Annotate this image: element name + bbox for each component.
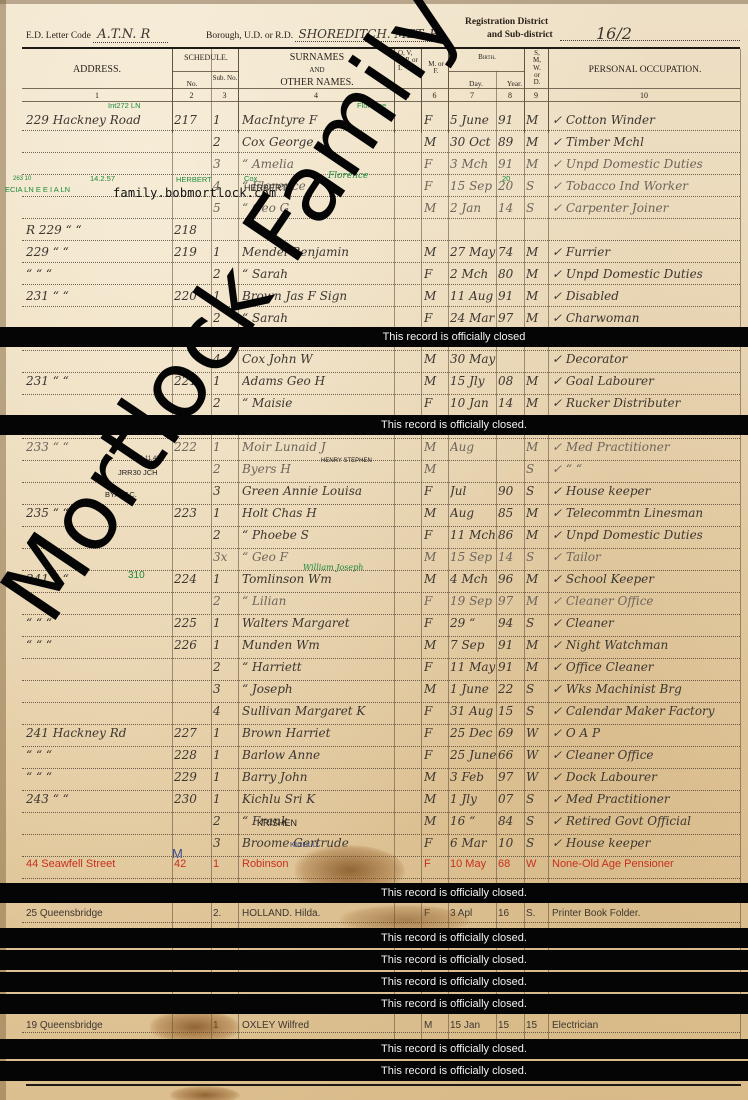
cell-year: 94 xyxy=(498,616,524,630)
cell-name: Green Annie Louisa xyxy=(242,484,394,498)
cell-sub: 1 xyxy=(213,245,238,259)
table-row: 241 “ “2241Tomlinson WmM4 Mch96M✓ School… xyxy=(0,569,748,591)
closed-record-bar: This record is officially closed. xyxy=(0,994,748,1014)
cell-address: R 229 “ “ xyxy=(22,223,176,237)
table-row: 235 “ “2231Holt Chas HMAug85M✓ Telecommt… xyxy=(0,503,748,525)
cell-name: Brown Jas F Sign xyxy=(242,289,394,303)
closed-record-bar: This record is officially closed. xyxy=(0,950,748,970)
cell-sex: M xyxy=(424,201,448,215)
cell-year: 85 xyxy=(498,506,524,520)
cell-sub: 2 xyxy=(213,396,238,410)
cell-sex: F xyxy=(424,660,448,674)
cell-day: 3 Mch xyxy=(450,157,496,171)
cell-occupation: ✓ Timber Mchl xyxy=(552,135,740,149)
cell-occupation: ✓ Goal Labourer xyxy=(552,374,740,388)
cell-address: 25 Queensbridge xyxy=(22,908,176,919)
cell-occupation: ✓ Unpd Domestic Duties xyxy=(552,157,740,171)
table-row: 233 “ “2221Moir Lunaid JMAugM✓ Med Pract… xyxy=(0,437,748,459)
cell-year: 80 xyxy=(498,267,524,281)
table-row: 2“ LilianF19 Sep97M✓ Cleaner Office xyxy=(0,591,748,613)
table-row: 4Cox John WM30 May✓ Decorator xyxy=(0,349,748,371)
cell-name: Cox John W xyxy=(242,352,394,366)
cell-name: “ Lilian xyxy=(242,594,394,608)
cell-schedule: 218 xyxy=(174,223,211,237)
cell-year: 91 xyxy=(498,289,524,303)
cell-address: “ “ “ xyxy=(22,638,176,652)
annotation: M xyxy=(172,846,183,861)
cell-occupation: ✓ House keeper xyxy=(552,836,740,850)
table-row: “ “ “2281Barlow AnneF25 June66W✓ Cleaner… xyxy=(0,745,748,767)
annotation: Florence xyxy=(328,171,368,181)
cell-sex: M xyxy=(424,440,448,454)
cell-name: Barlow Anne xyxy=(242,748,394,762)
registration-district-field: 16/2 xyxy=(560,24,740,41)
cell-year: 97 xyxy=(498,311,524,325)
table-row: 229 Hackney Road2171MacIntyre FF5 June91… xyxy=(0,110,748,132)
cell-occupation: ✓ House keeper xyxy=(552,484,740,498)
annotation: BYA. T.C. xyxy=(105,490,137,499)
table-row: 241 Hackney Rd2271Brown HarrietF25 Dec69… xyxy=(0,723,748,745)
closed-record-text: This record is officially closed xyxy=(383,331,526,343)
cell-sex: M xyxy=(424,462,448,476)
cell-name: Byers H xyxy=(242,462,394,476)
cell-year: 68 xyxy=(498,858,524,870)
url-watermark: family.bobmortlock.com xyxy=(113,186,276,200)
cell-day: Aug xyxy=(450,506,496,520)
cell-occupation: Printer Book Folder. xyxy=(552,908,740,919)
cell-name: “ Maisie xyxy=(242,396,394,410)
cell-sub: 1 xyxy=(213,572,238,586)
cell-marital: M xyxy=(526,311,548,325)
cell-schedule: 228 xyxy=(174,748,211,762)
column-birth-label: Birth. xyxy=(449,54,525,61)
cell-sex: F xyxy=(424,858,448,870)
cell-sex: M xyxy=(424,135,448,149)
cell-occupation: ✓ Cotton Winder xyxy=(552,113,740,127)
cell-address: 233 “ “ xyxy=(22,440,176,454)
cell-address: 235 “ “ xyxy=(22,506,176,520)
cell-occupation: ✓ “ “ xyxy=(552,462,740,476)
cell-schedule: 222 xyxy=(174,440,211,454)
cell-marital: S xyxy=(526,814,548,828)
table-row: R 229 “ “218 xyxy=(0,220,748,242)
column-number: 3 xyxy=(211,91,238,100)
table-row: 243 “ “2301Kichlu Sri KM1 Jly07S✓ Med Pr… xyxy=(0,789,748,811)
cell-name: Tomlinson Wm xyxy=(242,572,394,586)
column-sex-label: M. or F. xyxy=(428,61,444,76)
annotation: William Joseph xyxy=(303,563,363,572)
cell-schedule: 217 xyxy=(174,113,211,127)
cell-name: “ Joseph xyxy=(242,682,394,696)
closed-record-text: This record is officially closed. xyxy=(381,954,527,966)
cell-occupation: ✓ School Keeper xyxy=(552,572,740,586)
cell-sex: M xyxy=(424,374,448,388)
cell-sex: F xyxy=(424,726,448,740)
annotation: JRR30 JCH xyxy=(118,468,158,477)
cell-schedule: 225 xyxy=(174,616,211,630)
table-row: 2Byers HMS✓ “ “ xyxy=(0,459,748,481)
paper-stain xyxy=(170,1086,240,1100)
cell-marital: M xyxy=(526,113,548,127)
cell-marital: M xyxy=(526,440,548,454)
cell-occupation: ✓ Med Practitioner xyxy=(552,440,740,454)
cell-marital: M xyxy=(526,135,548,149)
cell-marital: M xyxy=(526,374,548,388)
cell-day: 27 May xyxy=(450,245,496,259)
cell-day: 2 Mch xyxy=(450,267,496,281)
closed-record-bar: This record is officially closed. xyxy=(0,1039,748,1059)
cell-day: 15 Jly xyxy=(450,374,496,388)
table-row: 229 “ “2191Mendel BenjaminM27 May74M✓ Fu… xyxy=(0,242,748,264)
cell-sex: F xyxy=(424,528,448,542)
column-number: 1 xyxy=(22,91,172,100)
table-row: 2“ HarriettF11 May91M✓ Office Cleaner xyxy=(0,657,748,679)
cell-occupation: ✓ Telecommtn Linesman xyxy=(552,506,740,520)
table-row: 231 “ “2201Brown Jas F SignM11 Aug91M✓ D… xyxy=(0,286,748,308)
cell-year: 15 xyxy=(498,704,524,718)
cell-year: 91 xyxy=(498,638,524,652)
cell-sub: 2 xyxy=(213,594,238,608)
cell-sex: F xyxy=(424,748,448,762)
column-marital-label: S, M, W. or D. xyxy=(531,50,543,87)
column-ovspi-label: O, V, S, P. or I. xyxy=(398,50,418,72)
cell-sub: 5 xyxy=(213,201,238,215)
cell-day: Aug xyxy=(450,440,496,454)
table-row: 4Sullivan Margaret KF31 Aug15S✓ Calendar… xyxy=(0,701,748,723)
cell-marital: W xyxy=(526,726,548,740)
cell-day: 16 “ xyxy=(450,814,496,828)
cell-day: Jul xyxy=(450,484,496,498)
closed-record-text: This record is officially closed. xyxy=(381,887,527,899)
cell-year: 14 xyxy=(498,396,524,410)
cell-sex: M xyxy=(424,245,448,259)
cell-marital: S xyxy=(526,682,548,696)
cell-sex: F xyxy=(424,396,448,410)
cell-marital: M xyxy=(526,289,548,303)
registration-district-label: Registration District xyxy=(465,17,548,27)
cell-occupation: ✓ Tailor xyxy=(552,550,740,564)
annotation: 310 xyxy=(128,570,145,581)
closed-record-text: This record is officially closed. xyxy=(381,1065,527,1077)
cell-sex: M xyxy=(424,638,448,652)
cell-sub: 4 xyxy=(213,352,238,366)
cell-schedule: 221 xyxy=(174,374,211,388)
cell-marital: S xyxy=(526,550,548,564)
cell-marital: S xyxy=(526,616,548,630)
cell-marital: W xyxy=(526,770,548,784)
cell-occupation: Electrician xyxy=(552,1020,740,1031)
cell-year: 86 xyxy=(498,528,524,542)
column-number-rule xyxy=(22,88,740,89)
cell-sub: 2 xyxy=(213,528,238,542)
cell-name: “ Sarah xyxy=(242,267,394,281)
cell-name: “ Geo F xyxy=(242,550,394,564)
annotation: KICHLU xyxy=(290,840,318,849)
cell-year: 07 xyxy=(498,792,524,806)
paper-edge xyxy=(0,0,748,4)
cell-day: 15 Sep xyxy=(450,179,496,193)
cell-marital: 15 xyxy=(526,1020,548,1031)
cell-name: Brown Harriet xyxy=(242,726,394,740)
cell-name: MacIntyre F xyxy=(242,113,394,127)
cell-sex: M xyxy=(424,792,448,806)
cell-name: “ Sarah xyxy=(242,311,394,325)
cell-day: 11 Mch xyxy=(450,528,496,542)
cell-occupation: ✓ Rucker Distributer xyxy=(552,396,740,410)
cell-sub: 3 xyxy=(213,484,238,498)
closed-record-bar: This record is officially closed xyxy=(0,327,748,347)
column-number: 7 xyxy=(448,91,496,100)
cell-name: Walters Margaret xyxy=(242,616,394,630)
cell-sub: 2 xyxy=(213,660,238,674)
cell-year: 89 xyxy=(498,135,524,149)
cell-schedule: 223 xyxy=(174,506,211,520)
cell-day: 25 Dec xyxy=(450,726,496,740)
closed-record-bar: This record is officially closed. xyxy=(0,1061,748,1081)
cell-occupation: ✓ Cleaner xyxy=(552,616,740,630)
sub-district-label: and Sub-district xyxy=(487,30,553,40)
table-row: 3“ AmeliaF3 Mch91M✓ Unpd Domestic Duties xyxy=(0,154,748,176)
annotation: HERBERT xyxy=(176,175,212,184)
cell-day: 25 June xyxy=(450,748,496,762)
cell-occupation: ✓ Wks Machinist Brg xyxy=(552,682,740,696)
cell-schedule: 227 xyxy=(174,726,211,740)
cell-occupation: ✓ Unpd Domestic Duties xyxy=(552,267,740,281)
table-row: “ “ “2291Barry JohnM3 Feb97W✓ Dock Labou… xyxy=(0,767,748,789)
cell-name: Holt Chas H xyxy=(242,506,394,520)
ed-letter-code: E.D. Letter Code A.T.N. R xyxy=(26,27,168,42)
cell-occupation: ✓ Furrier xyxy=(552,245,740,259)
column-address-label: ADDRESS. xyxy=(22,65,172,76)
cell-name: Kichlu Sri K xyxy=(242,792,394,806)
table-row: 231 “ “2211Adams Geo HM15 Jly08M✓ Goal L… xyxy=(0,371,748,393)
annotation: 1.11.46. xyxy=(140,456,161,462)
cell-day: 30 Oct xyxy=(450,135,496,149)
cell-address: 44 Seawfell Street xyxy=(22,858,176,870)
cell-marital: M xyxy=(526,245,548,259)
annotation: ECIA LN E E I A LN xyxy=(5,185,70,194)
cell-name: Barry John xyxy=(242,770,394,784)
cell-day: 30 May xyxy=(450,352,496,366)
closed-record-bar: This record is officially closed. xyxy=(0,883,748,903)
column-number: 6 xyxy=(421,91,448,100)
cell-name: “ Harriett xyxy=(242,660,394,674)
table-row: 2“ FrankM16 “84S✓ Retired Govt Official xyxy=(0,811,748,833)
cell-sub: 1 xyxy=(213,616,238,630)
cell-day: 10 May xyxy=(450,858,496,870)
cell-marital: M xyxy=(526,660,548,674)
column-occupation-label: PERSONAL OCCUPATION. xyxy=(549,66,741,76)
cell-sub: 1 xyxy=(213,748,238,762)
column-sub-no-label: Sub. No. xyxy=(212,75,238,82)
cell-name: Adams Geo H xyxy=(242,374,394,388)
column-number: 4 xyxy=(238,91,394,100)
cell-day: 5 June xyxy=(450,113,496,127)
table-row: “ “ “2261Munden WmM7 Sep91M✓ Night Watch… xyxy=(0,635,748,657)
cell-schedule: 220 xyxy=(174,289,211,303)
cell-year: 91 xyxy=(498,660,524,674)
table-row: 5“ Geo GM2 Jan14S✓ Carpenter Joiner xyxy=(0,198,748,220)
cell-schedule: 224 xyxy=(174,572,211,586)
cell-sub: 3x xyxy=(213,550,238,564)
cell-name: Sullivan Margaret K xyxy=(242,704,394,718)
cell-day: 2 Jan xyxy=(450,201,496,215)
cell-sub: 1 xyxy=(213,792,238,806)
closed-record-bar: This record is officially closed. xyxy=(0,928,748,948)
column-day-label: Day. xyxy=(449,80,503,88)
cell-occupation: ✓ Retired Govt Official xyxy=(552,814,740,828)
cell-year: 69 xyxy=(498,726,524,740)
column-schedule-label: SCHEDULE. xyxy=(173,54,239,62)
cell-occupation: None-Old Age Pensioner xyxy=(552,858,740,870)
cell-year: 16 xyxy=(498,908,524,919)
cell-address: 243 “ “ xyxy=(22,792,176,806)
cell-marital: M xyxy=(526,594,548,608)
cell-day: 11 May xyxy=(450,660,496,674)
cell-marital: S xyxy=(526,484,548,498)
cell-sub: 1 xyxy=(213,113,238,127)
ed-letter-code-value: A.T.N. R xyxy=(93,27,168,43)
cell-marital: S. xyxy=(526,908,548,919)
cell-sub: 1 xyxy=(213,770,238,784)
cell-occupation: ✓ Tobacco Ind Worker xyxy=(552,179,740,193)
closed-record-text: This record is officially closed. xyxy=(381,932,527,944)
cell-occupation: ✓ Disabled xyxy=(552,289,740,303)
cell-schedule: 229 xyxy=(174,770,211,784)
cell-marital: M xyxy=(526,157,548,171)
cell-sub: 3 xyxy=(213,836,238,850)
cell-year: 15 xyxy=(498,1020,524,1031)
cell-year: 91 xyxy=(498,157,524,171)
borough: Borough, U.D. or R.D. SHOREDITCH. MET. B xyxy=(206,27,444,41)
cell-sex: F xyxy=(424,484,448,498)
cell-day: 15 Sep xyxy=(450,550,496,564)
closed-record-bar: This record is officially closed. xyxy=(0,415,748,435)
closed-record-text: This record is officially closed. xyxy=(381,1043,527,1055)
cell-sex: F xyxy=(424,594,448,608)
cell-sex: M xyxy=(424,814,448,828)
cell-day: 11 Aug xyxy=(450,289,496,303)
cell-marital: S xyxy=(526,836,548,850)
cell-sub: 3 xyxy=(213,157,238,171)
cell-year: 84 xyxy=(498,814,524,828)
cell-marital: W xyxy=(526,748,548,762)
cell-occupation: ✓ Med Practitioner xyxy=(552,792,740,806)
column-schedule-no-label: No. xyxy=(173,80,211,88)
cell-name: “ Amelia xyxy=(242,157,394,171)
cell-year: 74 xyxy=(498,245,524,259)
cell-sub: 1 xyxy=(213,506,238,520)
cell-address: 229 Hackney Road xyxy=(22,113,176,127)
cell-occupation: ✓ Decorator xyxy=(552,352,740,366)
cell-sex: M xyxy=(424,770,448,784)
annotation: Int272 LN xyxy=(108,101,141,110)
closed-record-text: This record is officially closed. xyxy=(381,976,527,988)
cell-year: 97 xyxy=(498,594,524,608)
cell-schedule: 226 xyxy=(174,638,211,652)
footer-rule xyxy=(26,1084,741,1086)
cell-occupation: ✓ Night Watchman xyxy=(552,638,740,652)
cell-address: “ “ “ xyxy=(22,770,176,784)
column-year-label: Year. xyxy=(504,80,525,88)
cell-sex: F xyxy=(424,179,448,193)
cell-sex: F xyxy=(424,157,448,171)
cell-day: 3 Feb xyxy=(450,770,496,784)
cell-year: 91 xyxy=(498,113,524,127)
cell-sub: 2 xyxy=(213,814,238,828)
cell-address: 231 “ “ xyxy=(22,374,176,388)
cell-year: 90 xyxy=(498,484,524,498)
cell-sub: 2 xyxy=(213,311,238,325)
cell-sex: M xyxy=(424,572,448,586)
cell-occupation: ✓ Carpenter Joiner xyxy=(552,201,740,215)
cell-day: 10 Jan xyxy=(450,396,496,410)
cell-sub: 1 xyxy=(213,638,238,652)
cell-name: OXLEY Wilfred xyxy=(242,1020,394,1031)
closed-record-text: This record is officially closed. xyxy=(381,998,527,1010)
table-row: 3x“ Geo FM15 Sep14S✓ Tailor xyxy=(0,547,748,569)
cell-sub: 2 xyxy=(213,267,238,281)
annotation: 20 xyxy=(502,174,510,183)
annotation: 14.2.57 xyxy=(90,174,115,183)
annotation: HENRY STEPHEN xyxy=(321,458,372,464)
cell-day: 19 Sep xyxy=(450,594,496,608)
cell-marital: S xyxy=(526,704,548,718)
cell-address: 231 “ “ xyxy=(22,289,176,303)
annotation: Florence xyxy=(357,101,386,110)
cell-address: “ “ “ xyxy=(22,748,176,762)
table-row: 19 Queensbridge1OXLEY WilfredM15 Jan1515… xyxy=(0,1017,748,1039)
column-names-label-1: SURNAMES xyxy=(239,53,395,64)
cell-sub: 1 xyxy=(213,374,238,388)
cell-occupation: ✓ Dock Labourer xyxy=(552,770,740,784)
cell-occupation: ✓ Calendar Maker Factory xyxy=(552,704,740,718)
cell-occupation: ✓ Office Cleaner xyxy=(552,660,740,674)
cell-name: Cox George xyxy=(242,135,394,149)
cell-address: 229 “ “ xyxy=(22,245,176,259)
cell-sub: 2 xyxy=(213,135,238,149)
annotation: 263 10 xyxy=(13,176,31,182)
cell-occupation: ✓ O A P xyxy=(552,726,740,740)
cell-marital: S xyxy=(526,201,548,215)
cell-marital: W xyxy=(526,858,548,870)
cell-address: “ “ “ xyxy=(22,616,176,630)
cell-name: “ Geo G xyxy=(242,201,394,215)
ed-letter-code-label: E.D. Letter Code xyxy=(26,31,91,41)
cell-occupation: ✓ Charwoman xyxy=(552,311,740,325)
cell-day: 1 June xyxy=(450,682,496,696)
cell-day: 29 “ xyxy=(450,616,496,630)
cell-sex: F xyxy=(424,311,448,325)
column-number: 5 xyxy=(394,91,421,100)
cell-year: 96 xyxy=(498,572,524,586)
cell-marital: M xyxy=(526,396,548,410)
column-number: 10 xyxy=(548,91,740,100)
cell-year: 10 xyxy=(498,836,524,850)
cell-day: 6 Mar xyxy=(450,836,496,850)
borough-label: Borough, U.D. or R.D. xyxy=(206,31,293,41)
cell-day: 31 Aug xyxy=(450,704,496,718)
column-number: 8 xyxy=(496,91,524,100)
cell-occupation: ✓ Unpd Domestic Duties xyxy=(552,528,740,542)
column-number: 9 xyxy=(524,91,548,100)
cell-day: 4 Mch xyxy=(450,572,496,586)
cell-sex: F xyxy=(424,616,448,630)
cell-day: 1 Jly xyxy=(450,792,496,806)
table-row: “ “ “2“ SarahF2 Mch80M✓ Unpd Domestic Du… xyxy=(0,264,748,286)
closed-record-bar: This record is officially closed. xyxy=(0,972,748,992)
cell-sex: F xyxy=(424,836,448,850)
